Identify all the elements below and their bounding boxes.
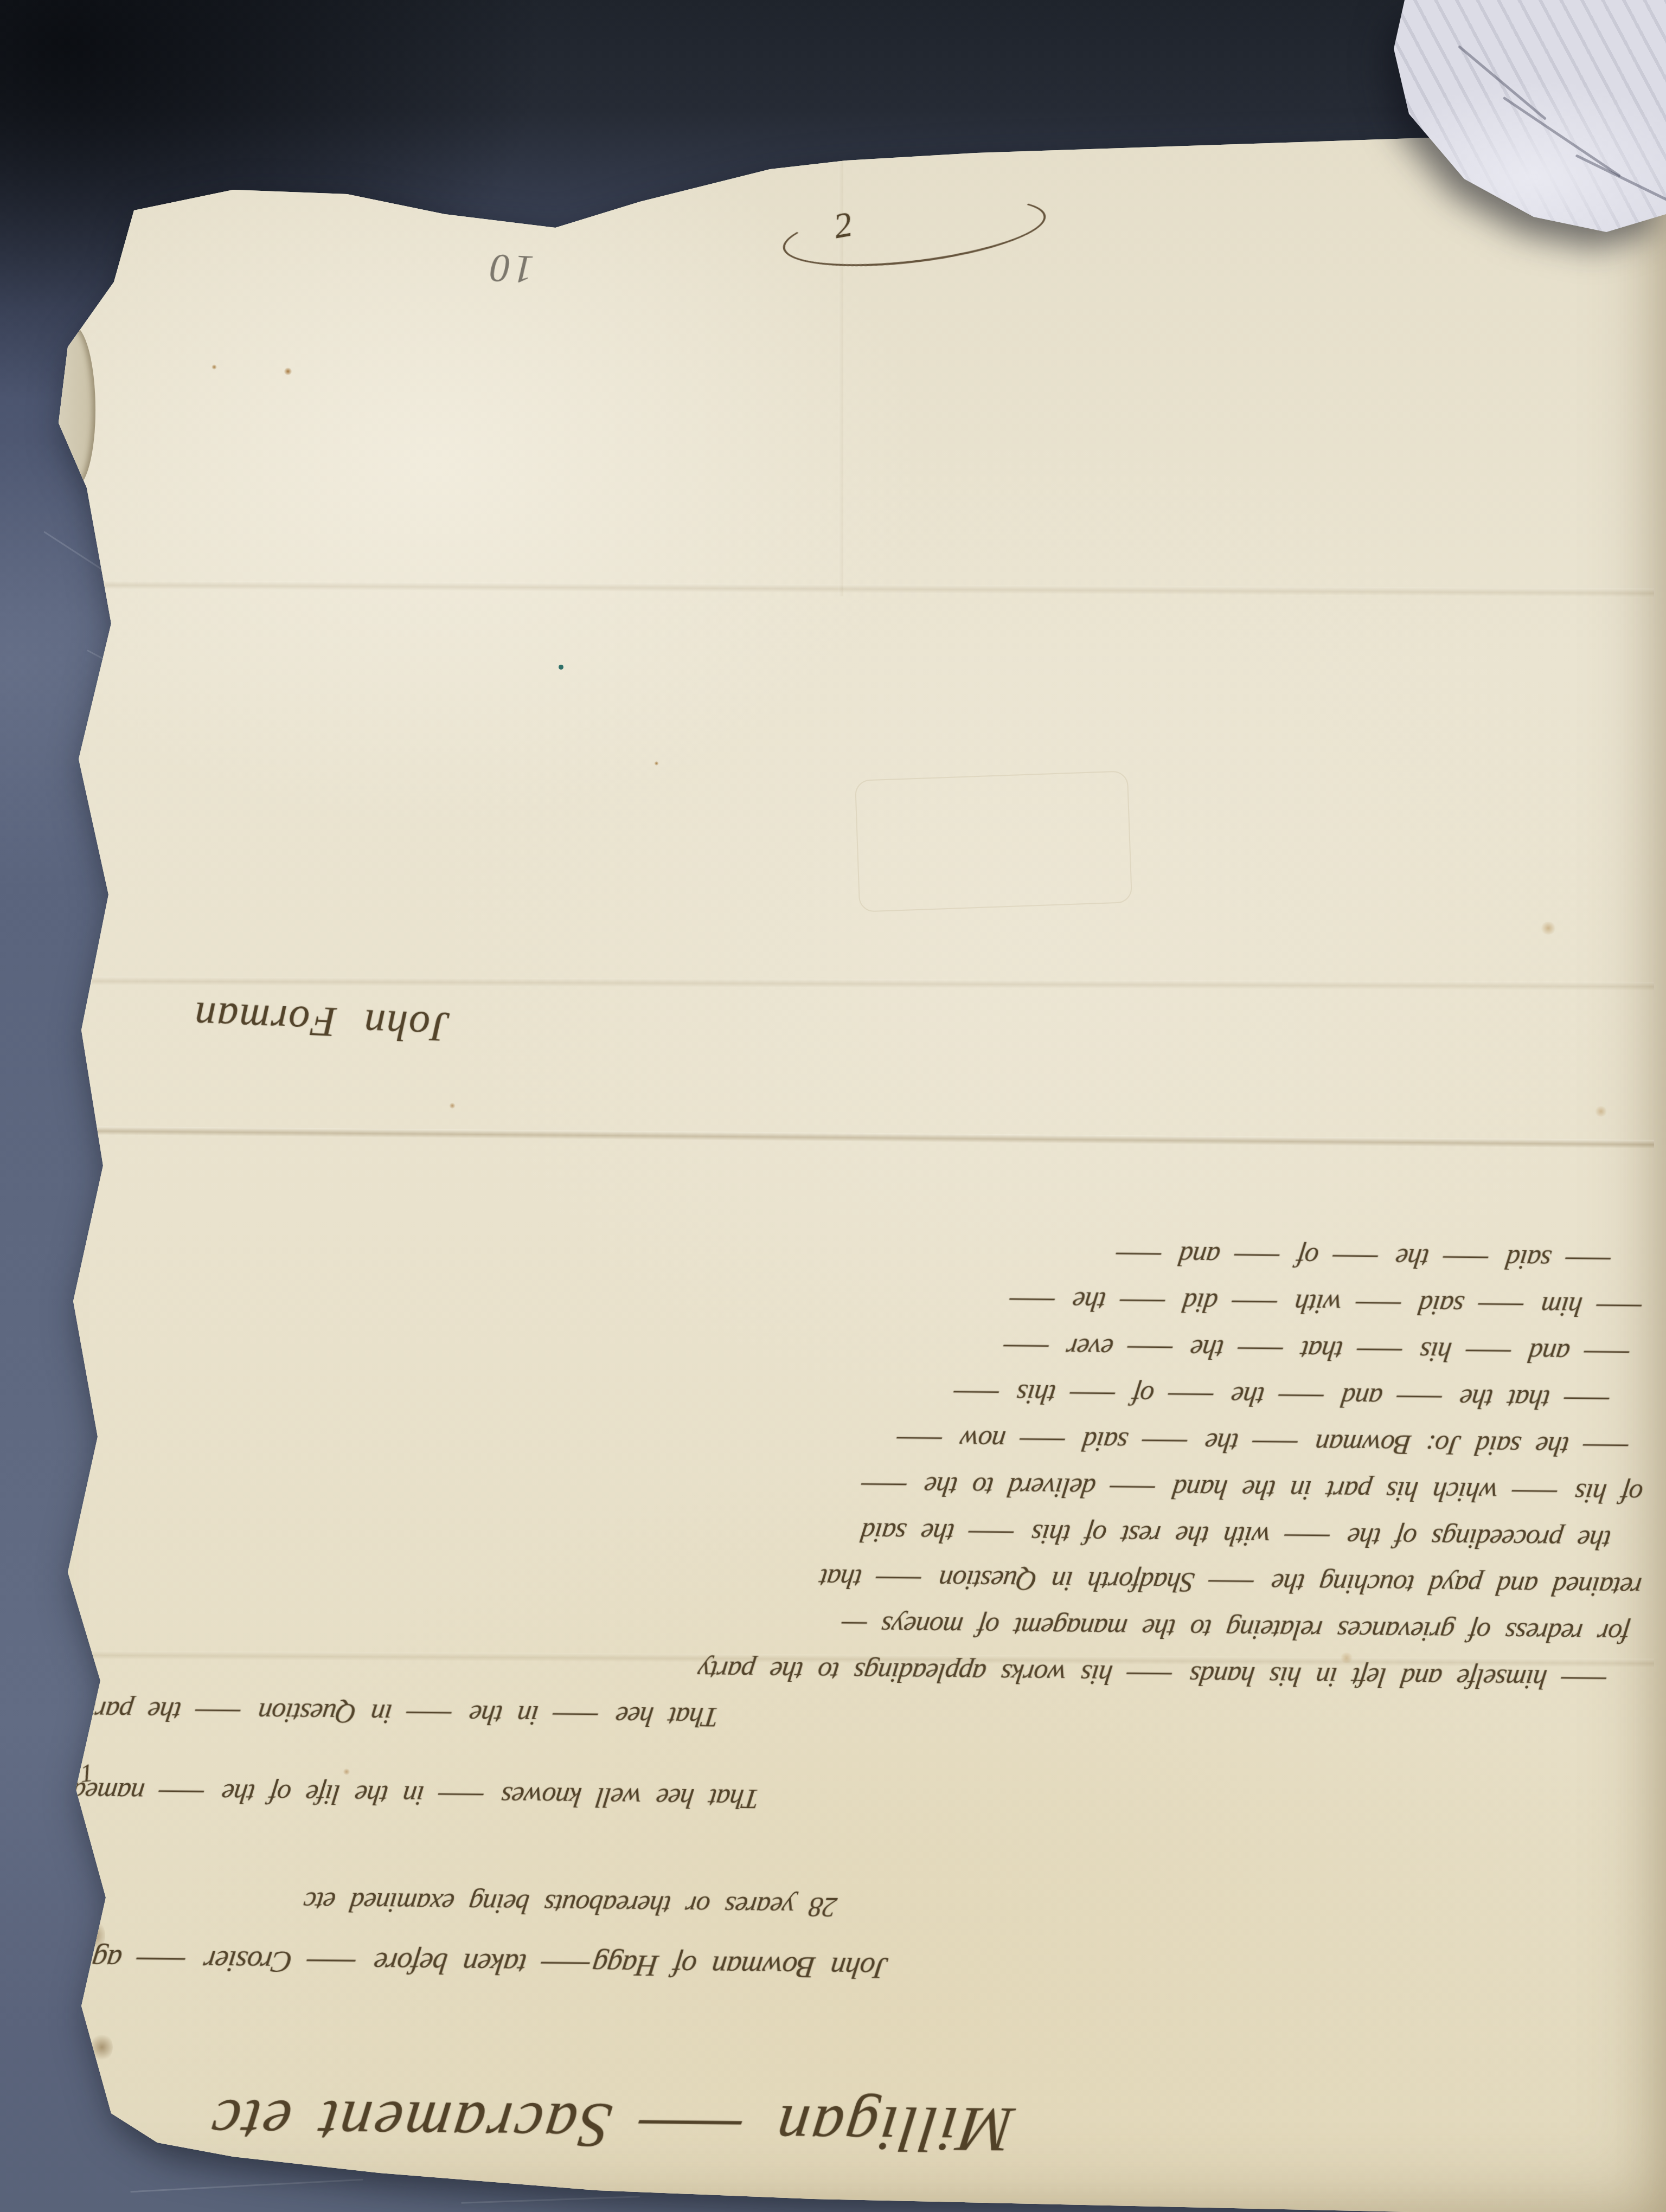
cloth-fold-line — [1575, 154, 1666, 207]
photograph: 10 2 12 1 Milligan ⸺ Sacrament etcJohn B… — [0, 0, 1666, 2212]
cloth-corner — [0, 0, 1666, 2212]
cloth-fold-line — [1458, 45, 1547, 120]
cloth-fabric — [0, 0, 1666, 2212]
cloth-fold-line — [1503, 97, 1621, 178]
